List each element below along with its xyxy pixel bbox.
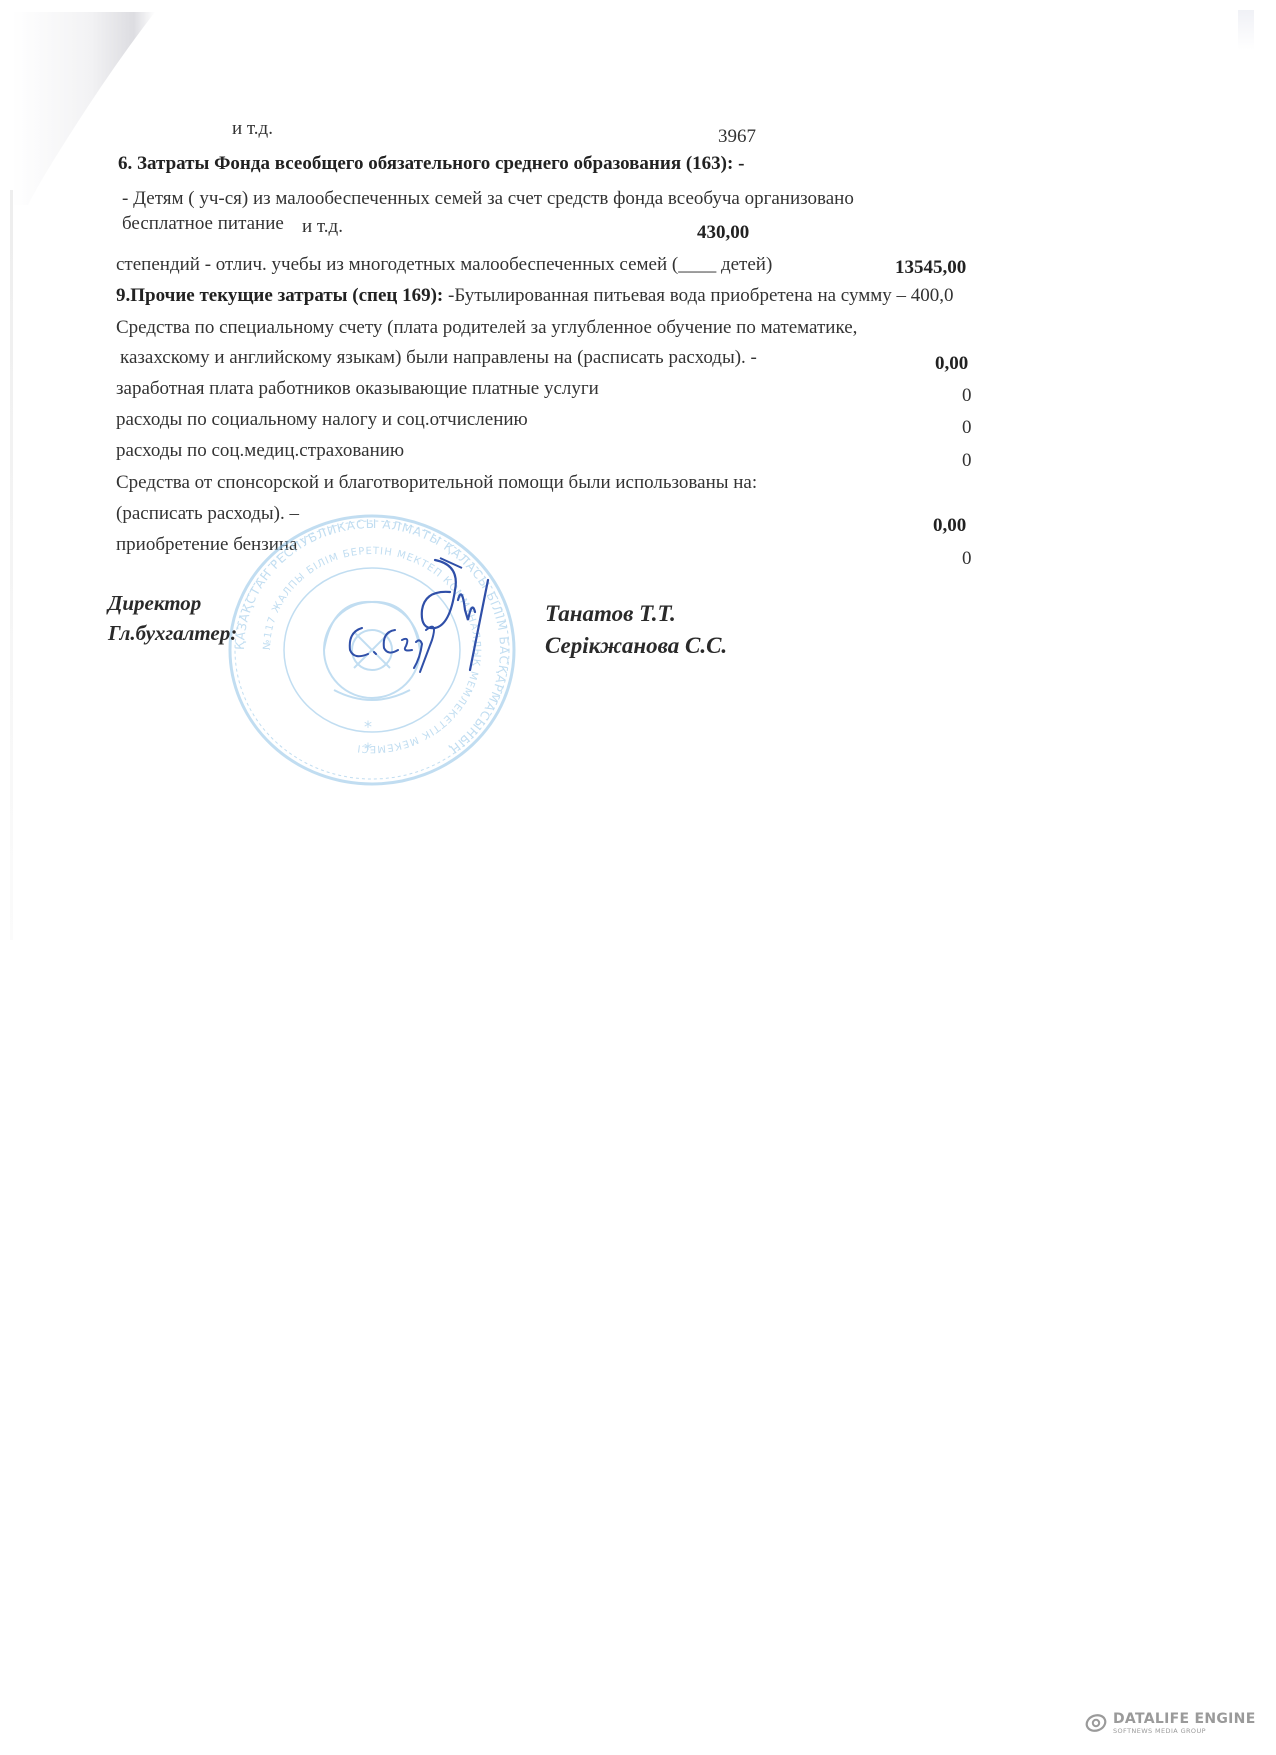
amount-3967: 3967 (718, 126, 756, 148)
watermark-subtitle: SOFTNEWS MEDIA GROUP (1113, 1728, 1256, 1735)
section-6-free-meals-label: бесплатное питание (122, 213, 284, 235)
section-6-line-1: - Детям ( уч-ся) из малообеспеченных сем… (122, 188, 854, 210)
special-account-item-label: заработная плата работников оказывающие … (116, 378, 599, 400)
section-9-water-purchase: -Бутылированная питьевая вода приобретен… (443, 285, 953, 306)
section-9-heading: 9.Прочие текущие затраты (спец 169): (116, 285, 443, 306)
special-account-line-2: казахскому и английскому языкам) были на… (120, 347, 757, 369)
special-account-item-value: 0 (962, 450, 972, 472)
etc-label: и т.д. (232, 118, 273, 140)
director-name: Танатов Т.Т. (545, 600, 676, 628)
page-curl-artifact (0, 0, 170, 210)
section-6-scholarship-line: степендий - отлич. учебы из многодетных … (116, 254, 772, 276)
special-account-item-label: расходы по социальному налогу и соц.отчи… (116, 409, 528, 431)
scan-edge-artifact (1238, 10, 1254, 50)
datalife-logo-icon (1085, 1712, 1107, 1734)
sponsorship-total: 0,00 (933, 515, 966, 537)
stamp-star-icon: * (364, 739, 372, 758)
director-label: Директор (108, 590, 201, 616)
stamp-star-icon: * (364, 717, 372, 736)
free-meals-amount: 430,00 (697, 222, 749, 244)
chief-accountant-name: Серікжанова С.С. (545, 632, 727, 660)
section-6-etc: и т.д. (302, 216, 343, 238)
special-account-item-value: 0 (962, 385, 972, 407)
official-stamp: ҚАЗАҚСТАН РЕСПУБЛИКАСЫ АЛМАТЫ ҚАЛАСЫ БІЛ… (222, 510, 522, 790)
scan-edge-artifact (10, 190, 13, 940)
special-account-total: 0,00 (935, 353, 968, 375)
sponsorship-item-value: 0 (962, 548, 972, 570)
scholarship-amount: 13545,00 (895, 257, 966, 279)
watermark-title: DATALIFE ENGINE (1113, 1712, 1256, 1726)
sponsorship-line-1: Средства от спонсорской и благотворитель… (116, 472, 757, 494)
section-6-heading: 6. Затраты Фонда всеобщего обязательного… (118, 153, 744, 175)
special-account-line-1: Средства по специальному счету (плата ро… (116, 317, 857, 339)
special-account-item-value: 0 (962, 417, 972, 439)
chief-accountant-label: Гл.бухгалтер: (108, 620, 237, 646)
datalife-engine-watermark: DATALIFE ENGINE SOFTNEWS MEDIA GROUP (1085, 1712, 1256, 1735)
section-9-line: 9.Прочие текущие затраты (спец 169): -Бу… (116, 285, 954, 307)
special-account-item-label: расходы по соц.медиц.страхованию (116, 440, 404, 462)
